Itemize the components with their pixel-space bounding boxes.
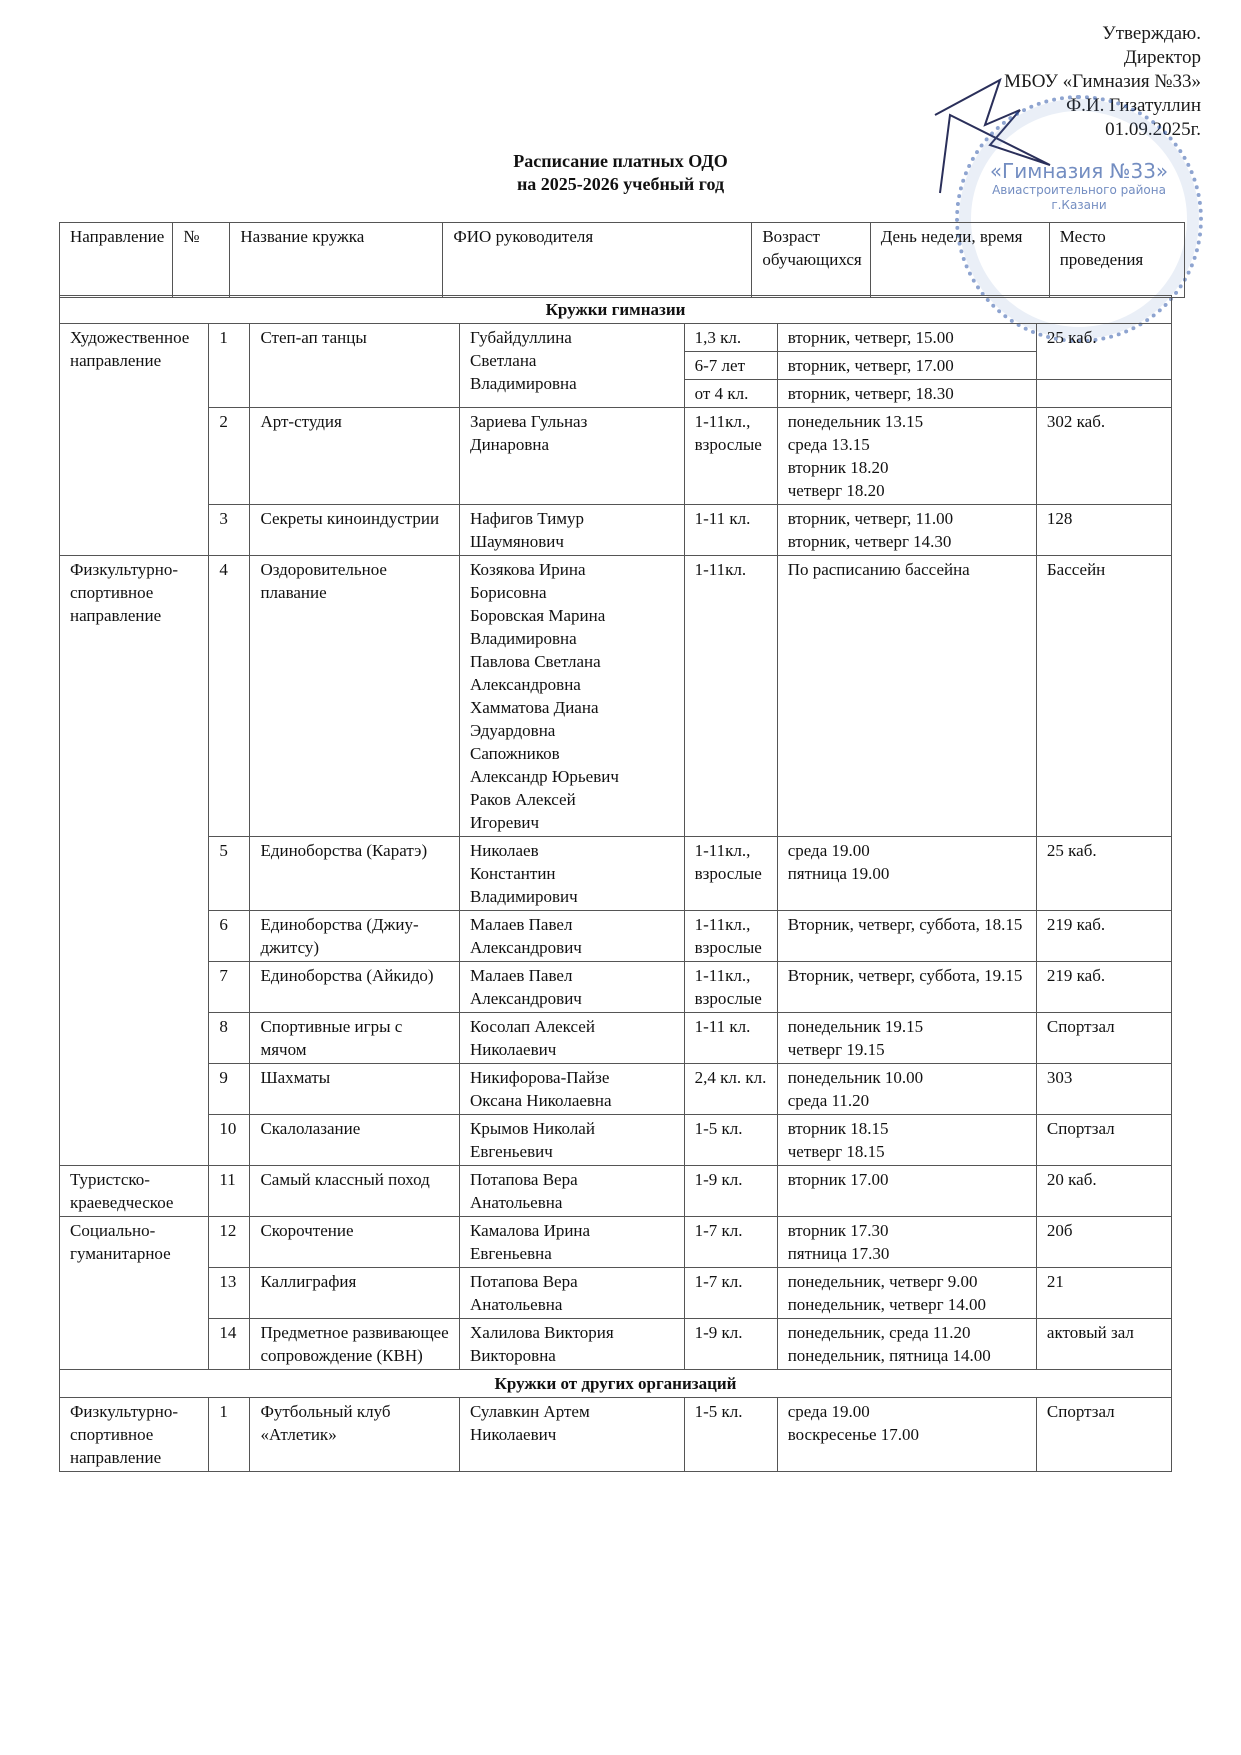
leader-cell: Камалова ИринаЕвгеньевна <box>459 1217 684 1268</box>
place-cell: 302 каб. <box>1036 408 1171 505</box>
place-cell: 20б <box>1036 1217 1171 1268</box>
day-time-cell: понедельник 19.15четверг 19.15 <box>777 1013 1036 1064</box>
table-row: 8Спортивные игры с мячомКосолап АлексейН… <box>60 1013 1172 1064</box>
leader-cell: Малаев ПавелАлександрович <box>459 911 684 962</box>
club-name-cell: Скалолазание <box>250 1115 460 1166</box>
table-row: Туристско-краеведческое11Самый классный … <box>60 1166 1172 1217</box>
text-line: вторник, четверг 14.30 <box>788 530 1028 553</box>
leader-cell: Косолап АлексейНиколаевич <box>459 1013 684 1064</box>
age-cell: 1-5 кл. <box>684 1115 777 1166</box>
section-title: Кружки гимназии <box>60 296 1172 324</box>
leader-cell: Потапова ВераАнатольевна <box>459 1166 684 1217</box>
text-line: Николаев <box>470 839 676 862</box>
text-line: среда 11.20 <box>788 1089 1028 1112</box>
text-line: вторник 18.15 <box>788 1117 1028 1140</box>
leader-cell: Никифорова-ПайзеОксана Николаевна <box>459 1064 684 1115</box>
header-place: Место проведения <box>1049 223 1184 298</box>
text-line: понедельник, среда 11.20 <box>788 1321 1028 1344</box>
table-row: 10СкалолазаниеКрымов НиколайЕвгеньевич1-… <box>60 1115 1172 1166</box>
club-name-cell: Футбольный клуб «Атлетик» <box>250 1398 460 1472</box>
leader-cell: Крымов НиколайЕвгеньевич <box>459 1115 684 1166</box>
club-name-cell: Единоборства (Айкидо) <box>250 962 460 1013</box>
approval-line: Ф.И. Гизатуллин <box>1004 94 1201 118</box>
place-cell: 303 <box>1036 1064 1171 1115</box>
number-cell: 10 <box>209 1115 250 1166</box>
day-time-cell: вторник 18.15четверг 18.15 <box>777 1115 1036 1166</box>
text-line: Хамматова Диана <box>470 696 676 719</box>
text-line: Александрович <box>470 987 676 1010</box>
text-line: Зариева Гульназ <box>470 410 676 433</box>
table-header: Направление № Название кружка ФИО руково… <box>59 222 1185 298</box>
day-time-cell: понедельник, среда 11.20понедельник, пят… <box>777 1319 1036 1370</box>
text-line: Александрович <box>470 936 676 959</box>
text-line: Малаев Павел <box>470 913 676 936</box>
place-cell: 21 <box>1036 1268 1171 1319</box>
club-name-cell: Предметное развивающее сопровождение (КВ… <box>250 1319 460 1370</box>
number-cell: 4 <box>209 556 250 837</box>
text-line: Александр Юрьевич <box>470 765 676 788</box>
table-row: 5Единоборства (Каратэ)НиколаевКонстантин… <box>60 837 1172 911</box>
stamp-city: г.Казани <box>989 198 1169 213</box>
day-time-cell: вторник 17.00 <box>777 1166 1036 1217</box>
text-line: Губайдуллина <box>470 326 676 349</box>
day-time-cell: понедельник, четверг 9.00понедельник, че… <box>777 1268 1036 1319</box>
text-line: Николаевич <box>470 1038 676 1061</box>
text-line: Эдуардовна <box>470 719 676 742</box>
leader-cell: Нафигов ТимурШаумянович <box>459 505 684 556</box>
leader-cell: ГубайдуллинаСветланаВладимировна <box>459 324 684 408</box>
text-line: Косолап Алексей <box>470 1015 676 1038</box>
page-title: Расписание платных ОДО на 2025-2026 учеб… <box>0 150 1241 196</box>
text-line: четверг 18.15 <box>788 1140 1028 1163</box>
text-line: Анатольевна <box>470 1191 676 1214</box>
text-line: воскресенье 17.00 <box>788 1423 1028 1446</box>
text-line: Крымов Николай <box>470 1117 676 1140</box>
text-line: Халилова Виктория <box>470 1321 676 1344</box>
place-cell: актовый зал <box>1036 1319 1171 1370</box>
header-leader: ФИО руководителя <box>443 223 752 298</box>
text-line: пятница 19.00 <box>788 862 1028 885</box>
text-line: вторник 17.30 <box>788 1219 1028 1242</box>
place-cell: Спортзал <box>1036 1398 1171 1472</box>
text-line: Сулавкин Артем <box>470 1400 676 1423</box>
club-name-cell: Скорочтение <box>250 1217 460 1268</box>
club-name-cell: Спортивные игры с мячом <box>250 1013 460 1064</box>
leader-cell: Потапова ВераАнатольевна <box>459 1268 684 1319</box>
text-line: Владимирович <box>470 885 676 908</box>
table-row: Физкультурно-спортивное направление1Футб… <box>60 1398 1172 1472</box>
text-line: пятница 17.30 <box>788 1242 1028 1265</box>
number-cell: 12 <box>209 1217 250 1268</box>
table-row: 3Секреты киноиндустрииНафигов ТимурШаумя… <box>60 505 1172 556</box>
direction-cell: Туристско-краеведческое <box>60 1166 209 1217</box>
place-cell: 128 <box>1036 505 1171 556</box>
club-name-cell: Каллиграфия <box>250 1268 460 1319</box>
day-time-cell: среда 19.00пятница 19.00 <box>777 837 1036 911</box>
text-line: понедельник 19.15 <box>788 1015 1028 1038</box>
text-line: вторник, четверг, 15.00 <box>788 326 1028 349</box>
text-line: Шаумянович <box>470 530 676 553</box>
header-day-time: День недели, время <box>870 223 1049 298</box>
text-line: Николаевич <box>470 1423 676 1446</box>
text-line: По расписанию бассейна <box>788 558 1028 581</box>
table-row: 6Единоборства (Джиу-джитсу)Малаев ПавелА… <box>60 911 1172 962</box>
approval-line: Утверждаю. <box>1004 22 1201 46</box>
number-cell: 5 <box>209 837 250 911</box>
text-line: вторник, четверг, 17.00 <box>788 354 1028 377</box>
place-cell: Спортзал <box>1036 1013 1171 1064</box>
table-row: 9ШахматыНикифорова-ПайзеОксана Николаевн… <box>60 1064 1172 1115</box>
text-line: Евгеньевич <box>470 1140 676 1163</box>
leader-cell: Сулавкин АртемНиколаевич <box>459 1398 684 1472</box>
text-line: понедельник 13.15 <box>788 410 1028 433</box>
table-row: 7Единоборства (Айкидо)Малаев ПавелАлекса… <box>60 962 1172 1013</box>
text-line: Динаровна <box>470 433 676 456</box>
text-line: Нафигов Тимур <box>470 507 676 530</box>
number-cell: 3 <box>209 505 250 556</box>
text-line: среда 19.00 <box>788 1400 1028 1423</box>
club-name-cell: Степ-ап танцы <box>250 324 460 408</box>
place-cell: 25 каб. <box>1036 324 1171 380</box>
leader-cell: Зариева ГульназДинаровна <box>459 408 684 505</box>
club-name-cell: Оздоровительное плавание <box>250 556 460 837</box>
text-line: вторник, четверг, 11.00 <box>788 507 1028 530</box>
place-cell: 20 каб. <box>1036 1166 1171 1217</box>
section-row: Кружки от других организаций <box>60 1370 1172 1398</box>
number-cell: 6 <box>209 911 250 962</box>
text-line: вторник 18.20 <box>788 456 1028 479</box>
text-line: среда 13.15 <box>788 433 1028 456</box>
text-line: понедельник, четверг 9.00 <box>788 1270 1028 1293</box>
text-line: Анатольевна <box>470 1293 676 1316</box>
age-cell: от 4 кл. <box>684 380 777 408</box>
day-time-cell: понедельник 13.15среда 13.15вторник 18.2… <box>777 408 1036 505</box>
day-time-cell: вторник, четверг, 11.00вторник, четверг … <box>777 505 1036 556</box>
age-cell: 1-11кл., взрослые <box>684 408 777 505</box>
age-cell: 1-9 кл. <box>684 1319 777 1370</box>
age-cell: 1-11 кл. <box>684 1013 777 1064</box>
age-cell: 1-11кл., взрослые <box>684 962 777 1013</box>
text-line: Козякова Ирина <box>470 558 676 581</box>
number-cell: 7 <box>209 962 250 1013</box>
place-cell-empty <box>1036 380 1171 408</box>
club-name-cell: Единоборства (Каратэ) <box>250 837 460 911</box>
place-cell: Бассейн <box>1036 556 1171 837</box>
number-cell: 9 <box>209 1064 250 1115</box>
header-age: Возраст обучающихся <box>752 223 870 298</box>
text-line: Потапова Вера <box>470 1168 676 1191</box>
section-row: Кружки гимназии <box>60 296 1172 324</box>
place-cell: 219 каб. <box>1036 911 1171 962</box>
text-line: Светлана <box>470 349 676 372</box>
table-row: 14Предметное развивающее сопровождение (… <box>60 1319 1172 1370</box>
text-line: Павлова Светлана <box>470 650 676 673</box>
number-cell: 2 <box>209 408 250 505</box>
age-cell: 1-11кл., взрослые <box>684 911 777 962</box>
day-time-cell: среда 19.00воскресенье 17.00 <box>777 1398 1036 1472</box>
number-cell: 14 <box>209 1319 250 1370</box>
age-cell: 1-7 кл. <box>684 1268 777 1319</box>
text-line: Камалова Ирина <box>470 1219 676 1242</box>
approval-line: МБОУ «Гимназия №33» <box>1004 70 1201 94</box>
place-cell: 219 каб. <box>1036 962 1171 1013</box>
day-time-cell: вторник 17.30пятница 17.30 <box>777 1217 1036 1268</box>
age-cell: 1,3 кл. <box>684 324 777 352</box>
day-time-cell: Вторник, четверг, суббота, 19.15 <box>777 962 1036 1013</box>
leader-cell: Малаев ПавелАлександрович <box>459 962 684 1013</box>
schedule-table: Кружки гимназииХудожественное направлени… <box>59 295 1172 1472</box>
text-line: среда 19.00 <box>788 839 1028 862</box>
direction-cell: Художественное направление <box>60 324 209 556</box>
text-line: Владимировна <box>470 372 676 395</box>
age-cell: 1-5 кл. <box>684 1398 777 1472</box>
header-direction: Направление <box>60 223 173 298</box>
club-name-cell: Шахматы <box>250 1064 460 1115</box>
day-time-cell: По расписанию бассейна <box>777 556 1036 837</box>
age-cell: 1-7 кл. <box>684 1217 777 1268</box>
number-cell: 13 <box>209 1268 250 1319</box>
direction-cell: Физкультурно-спортивное направление <box>60 1398 209 1472</box>
text-line: Константин <box>470 862 676 885</box>
text-line: понедельник, четверг 14.00 <box>788 1293 1028 1316</box>
text-line: понедельник 10.00 <box>788 1066 1028 1089</box>
number-cell: 11 <box>209 1166 250 1217</box>
title-line-1: Расписание платных ОДО <box>0 150 1241 173</box>
club-name-cell: Арт-студия <box>250 408 460 505</box>
text-line: Борисовна <box>470 581 676 604</box>
text-line: Евгеньевна <box>470 1242 676 1265</box>
header-number: № <box>173 223 230 298</box>
text-line: Боровская Марина <box>470 604 676 627</box>
approval-line: Директор <box>1004 46 1201 70</box>
text-line: Потапова Вера <box>470 1270 676 1293</box>
number-cell: 1 <box>209 324 250 408</box>
age-cell: 1-11кл., взрослые <box>684 837 777 911</box>
text-line: Малаев Павел <box>470 964 676 987</box>
text-line: Вторник, четверг, суббота, 19.15 <box>788 964 1028 987</box>
title-line-2: на 2025-2026 учебный год <box>0 173 1241 196</box>
number-cell: 8 <box>209 1013 250 1064</box>
text-line: Александровна <box>470 673 676 696</box>
age-cell: 1-11 кл. <box>684 505 777 556</box>
number-cell: 1 <box>209 1398 250 1472</box>
club-name-cell: Самый классный поход <box>250 1166 460 1217</box>
text-line: Викторовна <box>470 1344 676 1367</box>
place-cell: 25 каб. <box>1036 837 1171 911</box>
table-row: 2Арт-студияЗариева ГульназДинаровна1-11к… <box>60 408 1172 505</box>
leader-cell: Халилова ВикторияВикторовна <box>459 1319 684 1370</box>
table-row: Физкультурно-спортивное направление4Оздо… <box>60 556 1172 837</box>
text-line: четверг 19.15 <box>788 1038 1028 1061</box>
direction-cell: Физкультурно-спортивное направление <box>60 556 209 1166</box>
text-line: Владимировна <box>470 627 676 650</box>
text-line: четверг 18.20 <box>788 479 1028 502</box>
table-row: 13КаллиграфияПотапова ВераАнатольевна1-7… <box>60 1268 1172 1319</box>
age-cell: 2,4 кл. кл. <box>684 1064 777 1115</box>
place-cell: Спортзал <box>1036 1115 1171 1166</box>
text-line: Оксана Николаевна <box>470 1089 676 1112</box>
table-row: Социально-гуманитарное12СкорочтениеКамал… <box>60 1217 1172 1268</box>
approval-block: Утверждаю. Директор МБОУ «Гимназия №33» … <box>1004 22 1201 142</box>
section-title: Кружки от других организаций <box>60 1370 1172 1398</box>
leader-cell: Козякова ИринаБорисовнаБоровская МаринаВ… <box>459 556 684 837</box>
approval-line: 01.09.2025г. <box>1004 118 1201 142</box>
text-line: понедельник, пятница 14.00 <box>788 1344 1028 1367</box>
text-line: Раков Алексей <box>470 788 676 811</box>
club-name-cell: Секреты киноиндустрии <box>250 505 460 556</box>
table-row: Художественное направление1Степ-ап танцы… <box>60 324 1172 352</box>
direction-cell: Социально-гуманитарное <box>60 1217 209 1370</box>
header-club-name: Название кружка <box>230 223 443 298</box>
day-time-cell: Вторник, четверг, суббота, 18.15 <box>777 911 1036 962</box>
text-line: Сапожников <box>470 742 676 765</box>
text-line: Вторник, четверг, суббота, 18.15 <box>788 913 1028 936</box>
day-time-cell: вторник, четверг, 17.00 <box>777 352 1036 380</box>
leader-cell: НиколаевКонстантинВладимирович <box>459 837 684 911</box>
day-time-cell: вторник, четверг, 15.00 <box>777 324 1036 352</box>
day-time-cell: понедельник 10.00среда 11.20 <box>777 1064 1036 1115</box>
club-name-cell: Единоборства (Джиу-джитсу) <box>250 911 460 962</box>
age-cell: 6-7 лет <box>684 352 777 380</box>
text-line: Никифорова-Пайзе <box>470 1066 676 1089</box>
age-cell: 1-11кл. <box>684 556 777 837</box>
day-time-cell: вторник, четверг, 18.30 <box>777 380 1036 408</box>
age-cell: 1-9 кл. <box>684 1166 777 1217</box>
text-line: вторник, четверг, 18.30 <box>788 382 1028 405</box>
text-line: Игоревич <box>470 811 676 834</box>
text-line: вторник 17.00 <box>788 1168 1028 1191</box>
